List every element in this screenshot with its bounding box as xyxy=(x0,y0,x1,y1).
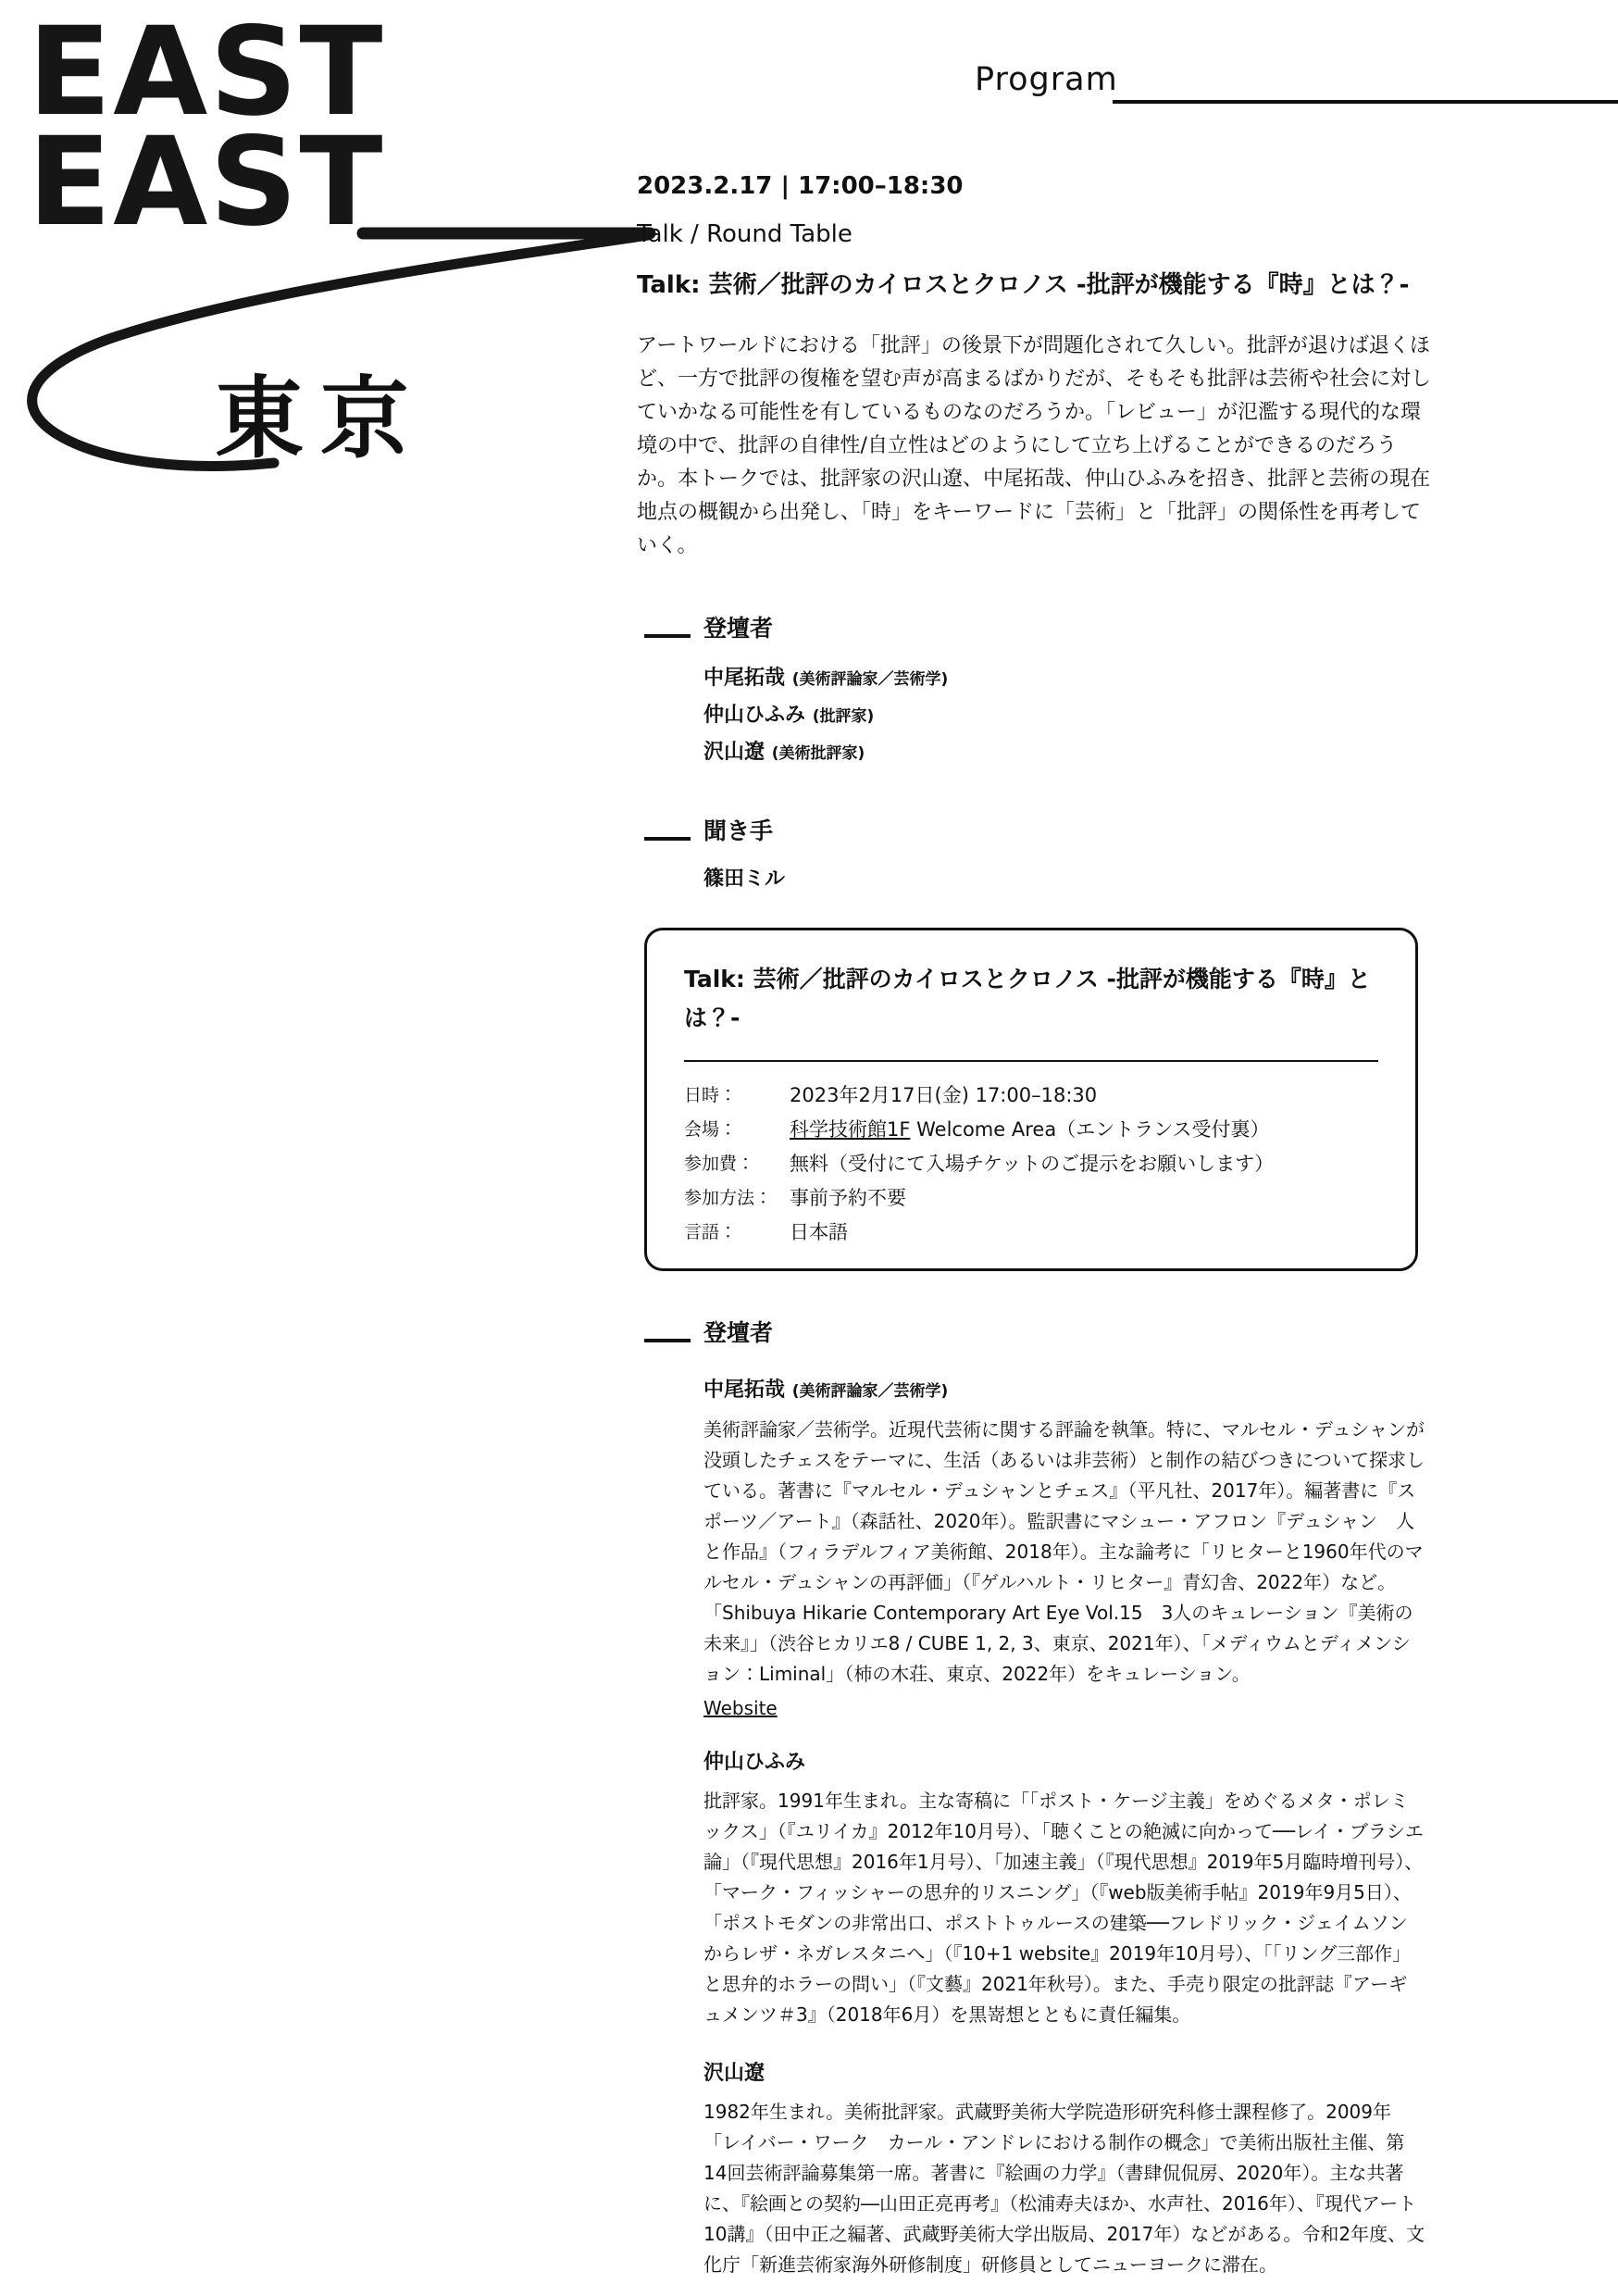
info-box-divider xyxy=(684,1060,1378,1062)
heading-dash xyxy=(644,837,691,841)
speaker-name: 中尾拓哉 xyxy=(703,667,785,690)
website-link[interactable]: Website xyxy=(703,1697,778,1719)
event-title: Talk: 芸術／批評のカイロスとクロノス -批評が機能する『時』とは？- xyxy=(637,267,1431,304)
speaker-item: 仲山ひふみ (批評家) xyxy=(703,704,1431,729)
header-rule xyxy=(1113,100,1618,104)
speakers-heading: 登壇者 xyxy=(703,615,1431,643)
info-row-label: 会場： xyxy=(684,1113,790,1147)
info-row-label: 参加方法： xyxy=(684,1181,790,1216)
speaker-name: 仲山ひふみ xyxy=(703,704,805,727)
speaker-list: 中尾拓哉 (美術評論家／芸術学) 仲山ひふみ (批評家) 沢山遼 (美術批評家) xyxy=(703,667,1431,766)
main-content: 2023.2.17 | 17:00–18:30 Talk / Round Tab… xyxy=(637,172,1431,2280)
profile-name: 仲山ひふみ xyxy=(703,1751,805,1774)
info-row-value: 2023年2月17日(金) 17:00–18:30 xyxy=(790,1079,1378,1113)
profile-name-line: 沢山遼 xyxy=(703,2062,1431,2086)
venue-link[interactable]: 科学技術館1F xyxy=(790,1118,910,1141)
info-box-rows: 日時： 2023年2月17日(金) 17:00–18:30 会場： 科学技術館1… xyxy=(684,1079,1378,1250)
profiles-section: 登壇者 中尾拓哉 (美術評論家／芸術学) 美術評論家／芸術学。近現代芸術に関する… xyxy=(703,1319,1431,2280)
info-row-label: 言語： xyxy=(684,1216,790,1250)
info-row-value: 事前予約不要 xyxy=(790,1181,1378,1216)
event-datetime: 2023.2.17 | 17:00–18:30 xyxy=(637,172,1431,200)
moderator-name: 篠田ミル xyxy=(703,867,1431,891)
heading-dash xyxy=(644,1339,691,1342)
speaker-item: 沢山遼 (美術批評家) xyxy=(703,741,1431,766)
event-type: Talk / Round Table xyxy=(637,220,1431,248)
speakers-heading-label: 登壇者 xyxy=(703,615,773,642)
profile-name-line: 中尾拓哉 (美術評論家／芸術学) xyxy=(703,1379,1431,1404)
info-row-datetime: 日時： 2023年2月17日(金) 17:00–18:30 xyxy=(684,1079,1378,1113)
info-row-value: 日本語 xyxy=(790,1216,1378,1250)
profile-sawayama: 沢山遼 1982年生まれ。美術批評家。武蔵野美術大学院造形研究科修士課程修了。2… xyxy=(703,2062,1431,2280)
moderator-heading: 聞き手 xyxy=(703,817,1431,845)
program-page: EAST EAST 東京 Program 2023.2.17 | 17:00–1… xyxy=(0,0,1618,2296)
info-row-label: 参加費： xyxy=(684,1147,790,1181)
info-row-registration: 参加方法： 事前予約不要 xyxy=(684,1181,1378,1216)
speaker-item: 中尾拓哉 (美術評論家／芸術学) xyxy=(703,667,1431,692)
profile-nakao: 中尾拓哉 (美術評論家／芸術学) 美術評論家／芸術学。近現代芸術に関する評論を執… xyxy=(703,1379,1431,1719)
moderator-heading-label: 聞き手 xyxy=(703,817,773,844)
profiles-heading: 登壇者 xyxy=(703,1319,1431,1347)
profile-name: 中尾拓哉 xyxy=(703,1379,785,1402)
speaker-role: (美術批評家) xyxy=(772,744,865,763)
profile-role: (美術評論家／芸術学) xyxy=(792,1382,949,1401)
profile-bio: 美術評論家／芸術学。近現代芸術に関する評論を執筆。特に、マルセル・デュシャンが没… xyxy=(703,1415,1425,1690)
moderator-section: 聞き手 篠田ミル xyxy=(703,817,1431,891)
profile-nakayama: 仲山ひふみ 批評家。1991年生まれ。主な寄稿に「「ポスト・ケージ主義」をめぐる… xyxy=(703,1751,1431,2030)
info-row-value: 科学技術館1F Welcome Area（エントランス受付裏） xyxy=(790,1113,1378,1147)
info-box-title: Talk: 芸術／批評のカイロスとクロノス -批評が機能する『時』とは？- xyxy=(684,960,1378,1038)
venue-rest-text: Welcome Area（エントランス受付裏） xyxy=(910,1118,1269,1141)
speakers-section: 登壇者 中尾拓哉 (美術評論家／芸術学) 仲山ひふみ (批評家) 沢山遼 (美術… xyxy=(703,615,1431,766)
speaker-name: 沢山遼 xyxy=(703,741,765,764)
profiles-heading-label: 登壇者 xyxy=(703,1319,773,1346)
event-description: アートワールドにおける「批評」の後景下が問題化されて久しい。批評が退けば退くほど… xyxy=(637,330,1431,563)
profile-bio: 1982年生まれ。美術批評家。武蔵野美術大学院造形研究科修士課程修了。2009年… xyxy=(703,2097,1425,2280)
info-row-venue: 会場： 科学技術館1F Welcome Area（エントランス受付裏） xyxy=(684,1113,1378,1147)
profile-bio: 批評家。1991年生まれ。主な寄稿に「「ポスト・ケージ主義」をめぐるメタ・ポレミ… xyxy=(703,1786,1425,2030)
info-row-value: 無料（受付にて入場チケットのご提示をお願いします） xyxy=(790,1147,1378,1181)
speaker-role: (美術評論家／芸術学) xyxy=(792,670,949,689)
event-info-box: Talk: 芸術／批評のカイロスとクロノス -批評が機能する『時』とは？- 日時… xyxy=(644,928,1418,1271)
speaker-role: (批評家) xyxy=(813,707,875,726)
heading-dash xyxy=(644,634,691,638)
info-row-label: 日時： xyxy=(684,1079,790,1113)
info-row-fee: 参加費： 無料（受付にて入場チケットのご提示をお願いします） xyxy=(684,1147,1378,1181)
profile-name: 沢山遼 xyxy=(703,2062,765,2085)
page-title: Program xyxy=(975,61,1118,98)
logo-tokyo-text: 東京 xyxy=(215,374,426,463)
profile-name-line: 仲山ひふみ xyxy=(703,1751,1431,1775)
info-row-language: 言語： 日本語 xyxy=(684,1216,1378,1250)
